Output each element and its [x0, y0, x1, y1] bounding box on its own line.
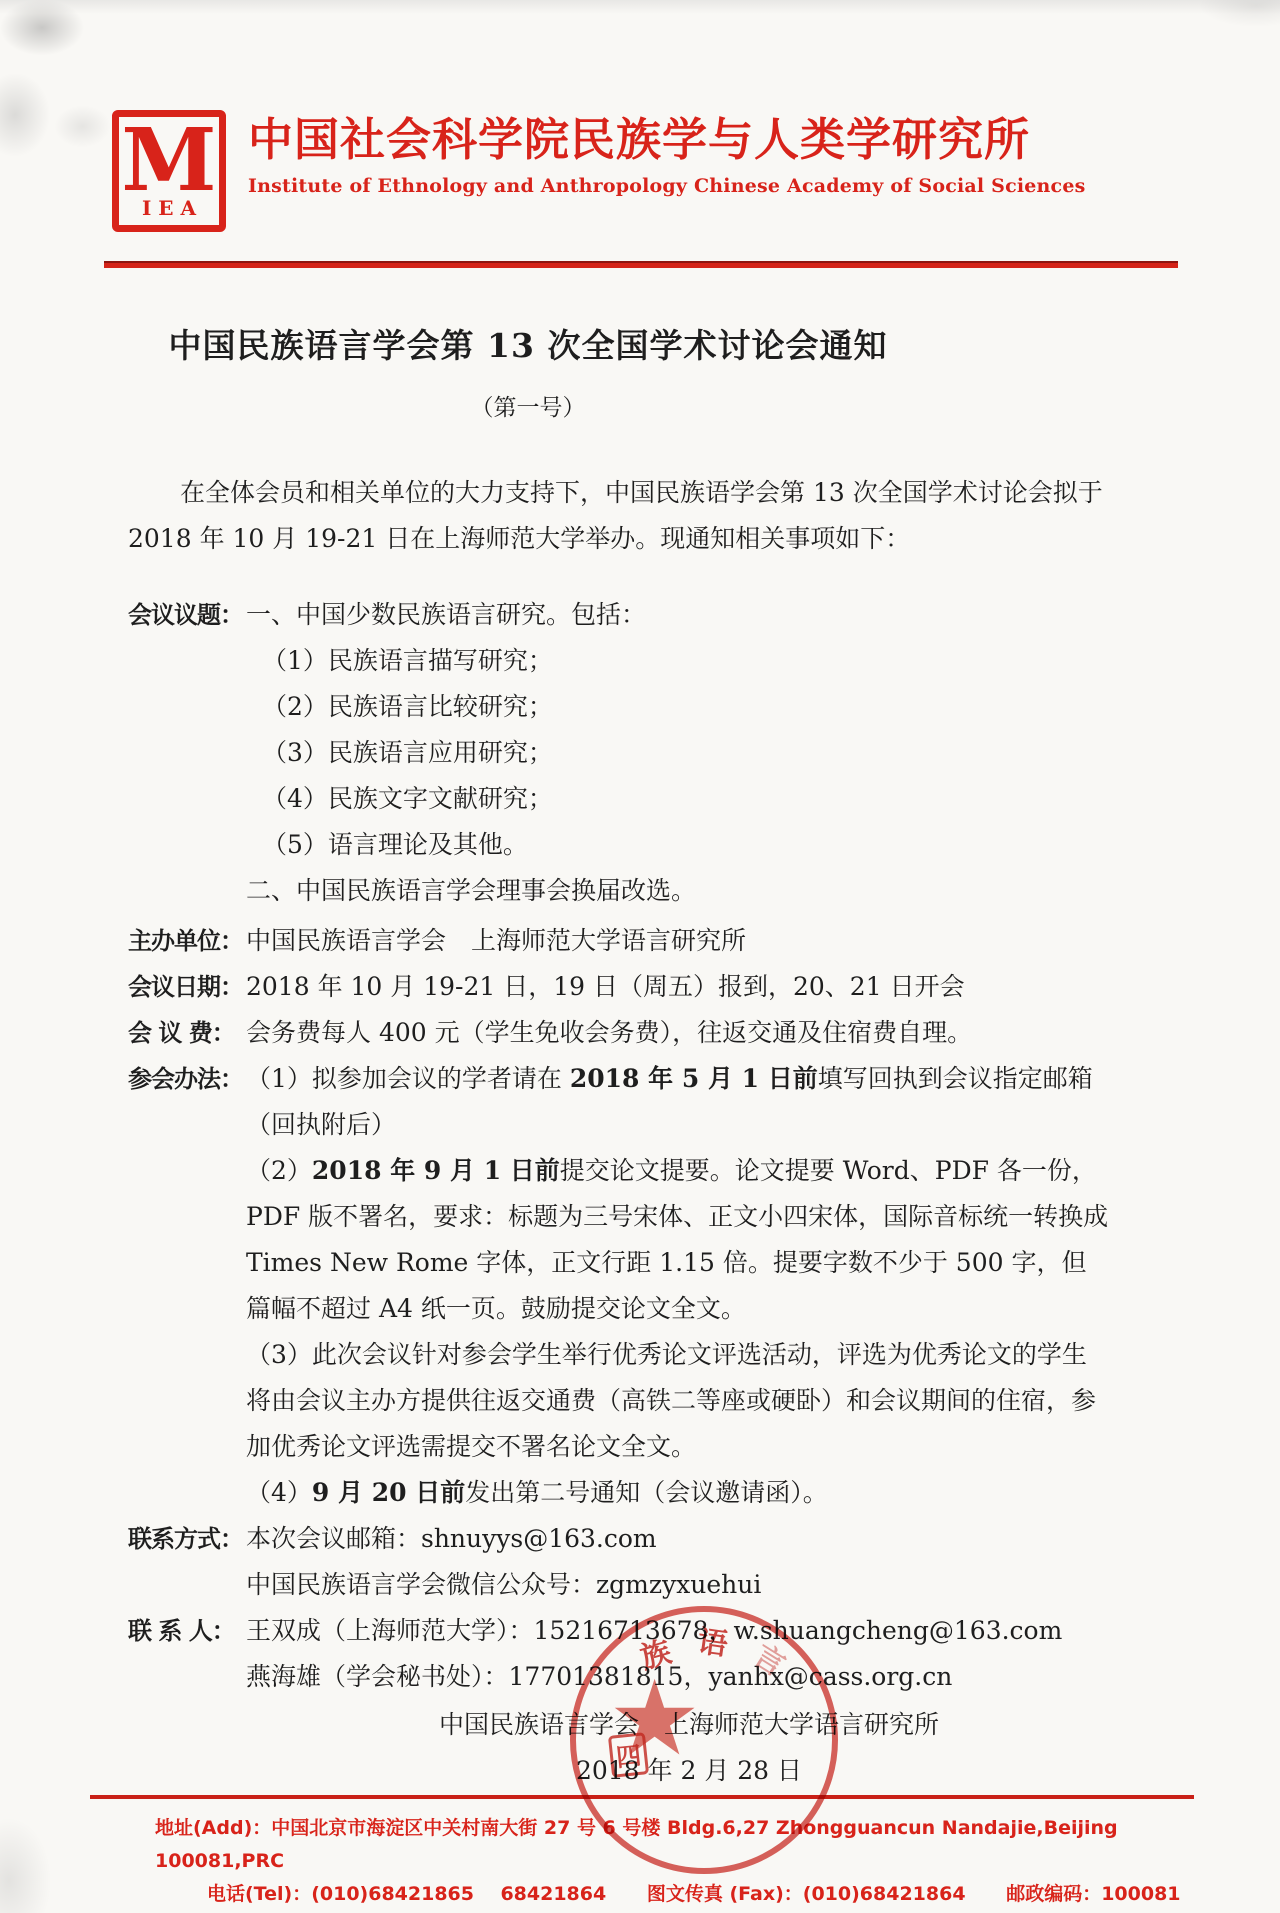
logo-letter-m: M — [121, 124, 216, 198]
host-value: 中国民族语言学会 上海师范大学语言研究所 — [246, 918, 1110, 964]
person-line-wang: 王双成（上海师范大学）：15216713678，w.shuangcheng@16… — [246, 1608, 1110, 1654]
persons-section: 联 系 人： 王双成（上海师范大学）：15216713678，w.shuangc… — [128, 1608, 1110, 1700]
agenda-line-two: 二、中国民族语言学会理事会换届改选。 — [246, 868, 1110, 914]
participation-item-1: （1）拟参加会议的学者请在 2018 年 5 月 1 日前填写回执到会议指定邮箱… — [246, 1056, 1110, 1148]
scan-artifact-top-edge — [0, 0, 1280, 14]
scan-artifact-bottom-left — [0, 1753, 90, 1913]
host-row: 主办单位： 中国民族语言学会 上海师范大学语言研究所 — [128, 918, 1110, 964]
participation-content: （1）拟参加会议的学者请在 2018 年 5 月 1 日前填写回执到会议指定邮箱… — [246, 1056, 1110, 1516]
contact-email-line: 本次会议邮箱：shnuyys@163.com — [246, 1516, 1110, 1562]
signature-orgs: 中国民族语言学会 上海师范大学语言研究所 — [424, 1702, 954, 1748]
footer-red-line — [90, 1795, 1194, 1799]
contact-section: 联系方式： 本次会议邮箱：shnuyys@163.com 中国民族语言学会微信公… — [128, 1516, 1110, 1608]
agenda-item: （1）民族语言描写研究； — [246, 638, 1110, 684]
footer-contact-line: 电话(Tel)：(010)68421865 68421864 图文传真 (Fax… — [155, 1878, 1200, 1911]
agenda-item: （3）民族语言应用研究； — [246, 730, 1110, 776]
agenda-section: 会议议题： 一、中国少数民族语言研究。包括： （1）民族语言描写研究； （2）民… — [128, 592, 1110, 914]
footer-address: 地址(Add)：中国北京市海淀区中关村南大街 27 号 6 号楼 Bldg.6,… — [155, 1812, 1200, 1878]
fee-label: 会 议 费： — [128, 1010, 246, 1056]
signature-date: 2018 年 2 月 28 日 — [424, 1748, 954, 1794]
participation-label: 参会办法： — [128, 1056, 246, 1102]
date-label: 会议日期： — [128, 964, 246, 1010]
item-2-deadline: 2018 年 9 月 1 日前 — [312, 1156, 560, 1185]
contact-wechat-line: 中国民族语言学会微信公众号：zgmzyxuehui — [246, 1562, 1110, 1608]
item-2-text: （2） — [246, 1156, 312, 1185]
letterhead: M IEA 中国社会科学院民族学与人类学研究所 Institute of Eth… — [112, 110, 1086, 232]
participation-item-3: （3）此次会议针对参会学生举行优秀论文评选活动，评选为优秀论文的学生将由会议主办… — [246, 1332, 1110, 1470]
host-label: 主办单位： — [128, 918, 246, 964]
notice-subtitle: （第一号） — [128, 389, 928, 422]
agenda-item: （2）民族语言比较研究； — [246, 684, 1110, 730]
footer-telephone: 电话(Tel)：(010)68421865 68421864 — [207, 1883, 606, 1905]
date-row: 会议日期： 2018 年 10 月 19-21 日，19 日（周五）报到，20、… — [128, 964, 1110, 1010]
item-4-text: （4） — [246, 1478, 312, 1507]
agenda-item: （5）语言理论及其他。 — [246, 822, 1110, 868]
item-4-deadline: 9 月 20 日前 — [312, 1478, 465, 1507]
scan-artifact-top-right — [1160, 0, 1280, 60]
agenda-line-one: 一、中国少数民族语言研究。包括： — [246, 592, 1110, 638]
institute-name-english: Institute of Ethnology and Anthropology … — [248, 175, 1086, 197]
participation-item-4: （4）9 月 20 日前发出第二号通知（会议邀请函）。 — [246, 1470, 1110, 1516]
date-value: 2018 年 10 月 19-21 日，19 日（周五）报到，20、21 日开会 — [246, 964, 1110, 1010]
person-line-yan: 燕海雄（学会秘书处）：17701381815，yanhx@cass.org.cn — [246, 1654, 1110, 1700]
footer: 地址(Add)：中国北京市海淀区中关村南大街 27 号 6 号楼 Bldg.6,… — [155, 1812, 1200, 1911]
institute-logo: M IEA — [112, 110, 226, 232]
institute-names: 中国社会科学院民族学与人类学研究所 Institute of Ethnology… — [248, 110, 1086, 197]
signature-block: 中国民族语言学会 上海师范大学语言研究所 2018 年 2 月 28 日 — [424, 1702, 954, 1794]
scanned-notice-page: M IEA 中国社会科学院民族学与人类学研究所 Institute of Eth… — [0, 0, 1280, 1913]
fee-row: 会 议 费： 会务费每人 400 元（学生免收会务费），往返交通及住宿费自理。 — [128, 1010, 1110, 1056]
footer-postcode: 邮政编码：100081 — [1006, 1883, 1180, 1905]
logo-letters-iea: IEA — [142, 198, 203, 218]
agenda-item: （4）民族文字文献研究； — [246, 776, 1110, 822]
participation-item-2: （2）2018 年 9 月 1 日前提交论文提要。论文提要 Word、PDF 各… — [246, 1148, 1110, 1332]
agenda-content: 一、中国少数民族语言研究。包括： （1）民族语言描写研究； （2）民族语言比较研… — [246, 592, 1110, 914]
contact-content: 本次会议邮箱：shnuyys@163.com 中国民族语言学会微信公众号：zgm… — [246, 1516, 1110, 1608]
agenda-label: 会议议题： — [128, 592, 246, 638]
intro-paragraph: 在全体会员和相关单位的大力支持下，中国民族语学会第 13 次全国学术讨论会拟于 … — [128, 470, 1110, 562]
document-heading: 中国民族语言学会第 13 次全国学术讨论会通知 （第一号） — [128, 320, 928, 422]
item-4-text: 发出第二号通知（会议邀请函）。 — [465, 1478, 828, 1507]
red-divider-line — [104, 261, 1178, 268]
contact-label: 联系方式： — [128, 1516, 246, 1562]
item-1-text: （1）拟参加会议的学者请在 — [246, 1064, 570, 1093]
fee-value: 会务费每人 400 元（学生免收会务费），往返交通及住宿费自理。 — [246, 1010, 1110, 1056]
persons-label: 联 系 人： — [128, 1608, 246, 1654]
footer-fax: 图文传真 (Fax)：(010)68421864 — [647, 1883, 966, 1905]
institute-name-chinese: 中国社会科学院民族学与人类学研究所 — [248, 112, 1086, 168]
notice-body: 在全体会员和相关单位的大力支持下，中国民族语学会第 13 次全国学术讨论会拟于 … — [128, 470, 1110, 1794]
notice-title: 中国民族语言学会第 13 次全国学术讨论会通知 — [128, 320, 928, 367]
item-1-deadline: 2018 年 5 月 1 日前 — [570, 1064, 818, 1093]
persons-content: 王双成（上海师范大学）：15216713678，w.shuangcheng@16… — [246, 1608, 1110, 1700]
participation-section: 参会办法： （1）拟参加会议的学者请在 2018 年 5 月 1 日前填写回执到… — [128, 1056, 1110, 1516]
